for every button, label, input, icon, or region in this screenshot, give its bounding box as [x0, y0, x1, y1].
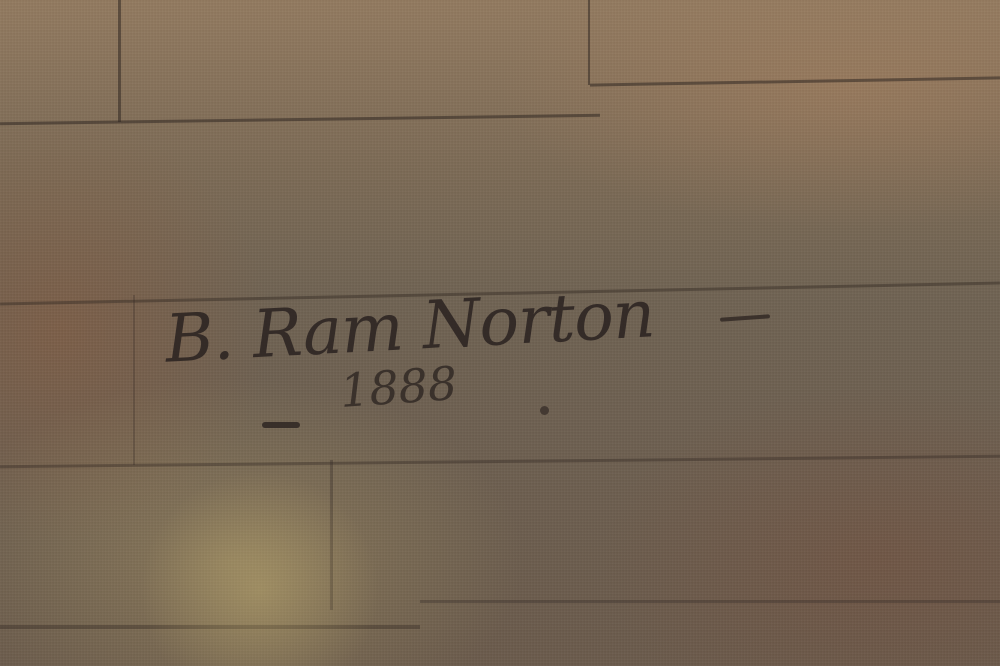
signature-date: 1888	[338, 356, 459, 418]
brick-line	[133, 295, 135, 465]
light-highlight	[140, 470, 380, 666]
brick-line	[420, 600, 1000, 603]
brick-line	[588, 0, 590, 85]
painting-canvas: B. Ram Norton 1888	[0, 0, 1000, 666]
date-dash	[262, 422, 300, 428]
brick-line	[118, 0, 121, 122]
date-dot	[540, 406, 549, 415]
